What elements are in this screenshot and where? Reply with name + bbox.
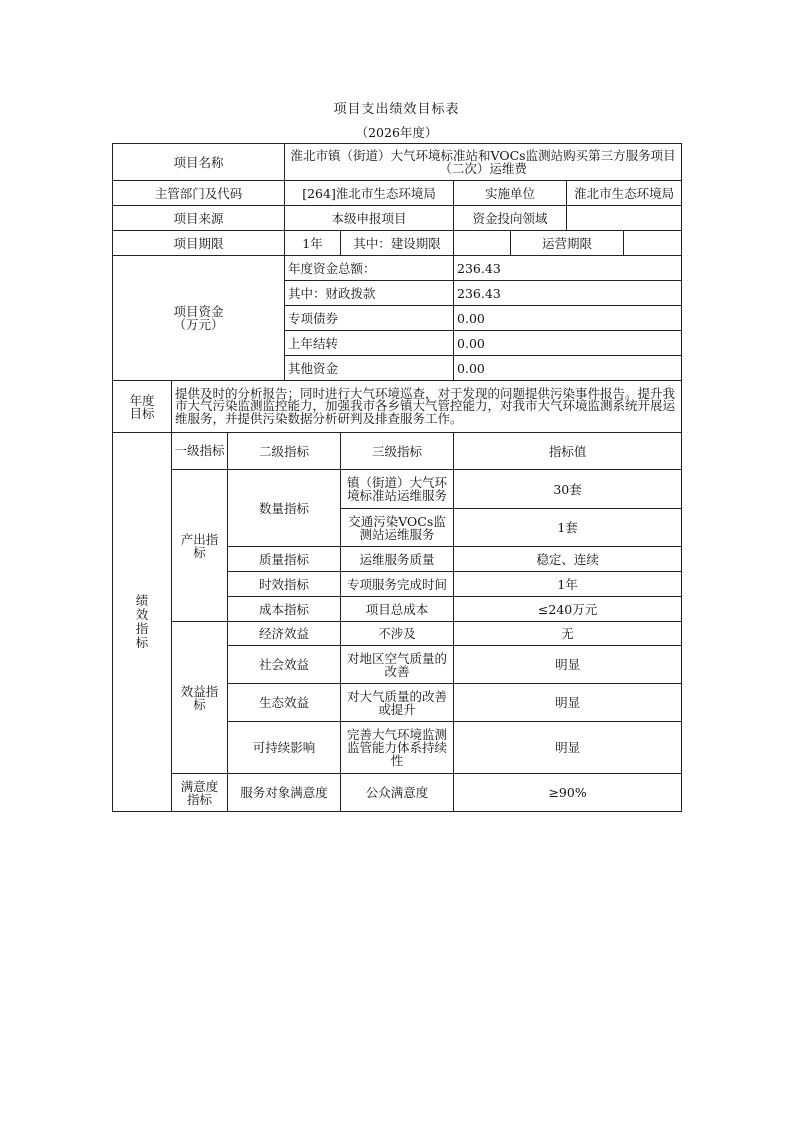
funds-row-value: 0.00: [454, 356, 682, 381]
funds-row-label: 上年结转: [285, 331, 454, 356]
performance-target-table: 项目名称 淮北市镇（街道）大气环境标准站和VOCs监测站购买第三方服务项目（二次…: [112, 143, 682, 812]
level3-cell: 运维服务质量: [341, 547, 454, 572]
header-value: 指标值: [454, 433, 682, 470]
level3-cell: 对大气质量的改善或提升: [341, 684, 454, 722]
value-cell: 明显: [454, 722, 682, 774]
annual-goal-label: 年度 目标: [113, 381, 172, 433]
table-row: 效益指标 经济效益 不涉及 无: [113, 622, 682, 646]
fund-area-value: [567, 206, 682, 231]
operation-period-value: [624, 231, 682, 256]
impl-unit-label: 实施单位: [454, 181, 567, 206]
source-value: 本级申报项目: [285, 206, 454, 231]
value-cell: 30套: [454, 470, 682, 509]
dept-label: 主管部门及代码: [113, 181, 285, 206]
funds-row-label: 其中：财政拨款: [285, 281, 454, 306]
construction-period-label: 其中：建设期限: [341, 231, 454, 256]
funds-row-value: 236.43: [454, 281, 682, 306]
row-project-name: 项目名称 淮北市镇（街道）大气环境标准站和VOCs监测站购买第三方服务项目（二次…: [113, 144, 682, 181]
funds-label: 项目资金 （万元）: [113, 256, 285, 381]
level2-cell: 可持续影响: [228, 722, 341, 774]
value-cell: 1套: [454, 509, 682, 547]
funds-row-label: 专项债券: [285, 306, 454, 331]
annual-goal-label-line1: 年度: [115, 394, 169, 407]
value-cell: 稳定、连续: [454, 547, 682, 572]
row-annual-goal: 年度 目标 提供及时的分析报告；同时进行大气环境巡查，对于发现的问题提供污染事件…: [113, 381, 682, 433]
funds-row-label: 其他资金: [285, 356, 454, 381]
indicators-section-text: 绩效指标: [135, 594, 149, 650]
project-name-label: 项目名称: [113, 144, 285, 181]
dept-value: [264]淮北市生态环境局: [285, 181, 454, 206]
funds-row-value: 0.00: [454, 331, 682, 356]
table-row: 产出指标 数量指标 镇（街道）大气环境标准站运维服务 30套: [113, 470, 682, 509]
level3-cell: 对地区空气质量的改善: [341, 646, 454, 684]
level3-cell: 镇（街道）大气环境标准站运维服务: [341, 470, 454, 509]
value-cell: 无: [454, 622, 682, 646]
page-title: 项目支出绩效目标表: [0, 98, 793, 117]
funds-row-value: 0.00: [454, 306, 682, 331]
level2-cell: 生态效益: [228, 684, 341, 722]
operation-period-label: 运营期限: [511, 231, 624, 256]
indicators-section-label: 绩效指标: [113, 433, 172, 812]
value-cell: ≥90%: [454, 774, 682, 812]
value-cell: ≤240万元: [454, 597, 682, 622]
period-value: 1年: [285, 231, 341, 256]
level2-cell: 社会效益: [228, 646, 341, 684]
row-source: 项目来源 本级申报项目 资金投向领域: [113, 206, 682, 231]
header-level3: 三级指标: [341, 433, 454, 470]
row-dept: 主管部门及代码 [264]淮北市生态环境局 实施单位 淮北市生态环境局: [113, 181, 682, 206]
fund-area-label: 资金投向领域: [454, 206, 567, 231]
value-cell: 明显: [454, 646, 682, 684]
level2-cell: 服务对象满意度: [228, 774, 341, 812]
annual-goal-label-line2: 目标: [115, 407, 169, 420]
header-level2: 二级指标: [228, 433, 341, 470]
level2-cell: 经济效益: [228, 622, 341, 646]
satisfaction-indicator-text: 满意度指标: [177, 780, 222, 806]
output-indicator-label: 产出指标: [172, 470, 228, 622]
indicator-header-row: 绩效指标 一级指标 二级指标 三级指标 指标值: [113, 433, 682, 470]
row-funds-total: 项目资金 （万元） 年度资金总额： 236.43: [113, 256, 682, 281]
funds-row-label: 年度资金总额：: [285, 256, 454, 281]
level3-cell: 完善大气环境监测监管能力体系持续性: [341, 722, 454, 774]
level2-cell: 成本指标: [228, 597, 341, 622]
level3-cell: 不涉及: [341, 622, 454, 646]
benefit-indicator-label: 效益指标: [172, 622, 228, 774]
value-cell: 1年: [454, 572, 682, 597]
level3-cell: 公众满意度: [341, 774, 454, 812]
impl-unit-value: 淮北市生态环境局: [567, 181, 682, 206]
page-subtitle: （2026年度）: [0, 123, 793, 141]
funds-row-value: 236.43: [454, 256, 682, 281]
level2-cell: 质量指标: [228, 547, 341, 572]
annual-goal-text: 提供及时的分析报告；同时进行大气环境巡查，对于发现的问题提供污染事件报告。提升我…: [172, 381, 682, 433]
benefit-indicator-text: 效益指标: [177, 685, 222, 711]
project-name-value: 淮北市镇（街道）大气环境标准站和VOCs监测站购买第三方服务项目（二次）运维费: [285, 144, 682, 181]
value-cell: 明显: [454, 684, 682, 722]
row-period: 项目期限 1年 其中：建设期限 运营期限: [113, 231, 682, 256]
quantity-indicator-label: 数量指标: [228, 470, 341, 547]
output-indicator-text: 产出指标: [177, 533, 222, 559]
table-row: 满意度指标 服务对象满意度 公众满意度 ≥90%: [113, 774, 682, 812]
construction-period-value: [454, 231, 511, 256]
header-level1: 一级指标: [172, 433, 228, 470]
source-label: 项目来源: [113, 206, 285, 231]
funds-label-line2: （万元）: [115, 318, 282, 331]
satisfaction-indicator-label: 满意度指标: [172, 774, 228, 812]
period-label: 项目期限: [113, 231, 285, 256]
level2-cell: 时效指标: [228, 572, 341, 597]
level3-cell: 项目总成本: [341, 597, 454, 622]
level3-cell: 交通污染VOCs监测站运维服务: [341, 509, 454, 547]
level3-cell: 专项服务完成时间: [341, 572, 454, 597]
